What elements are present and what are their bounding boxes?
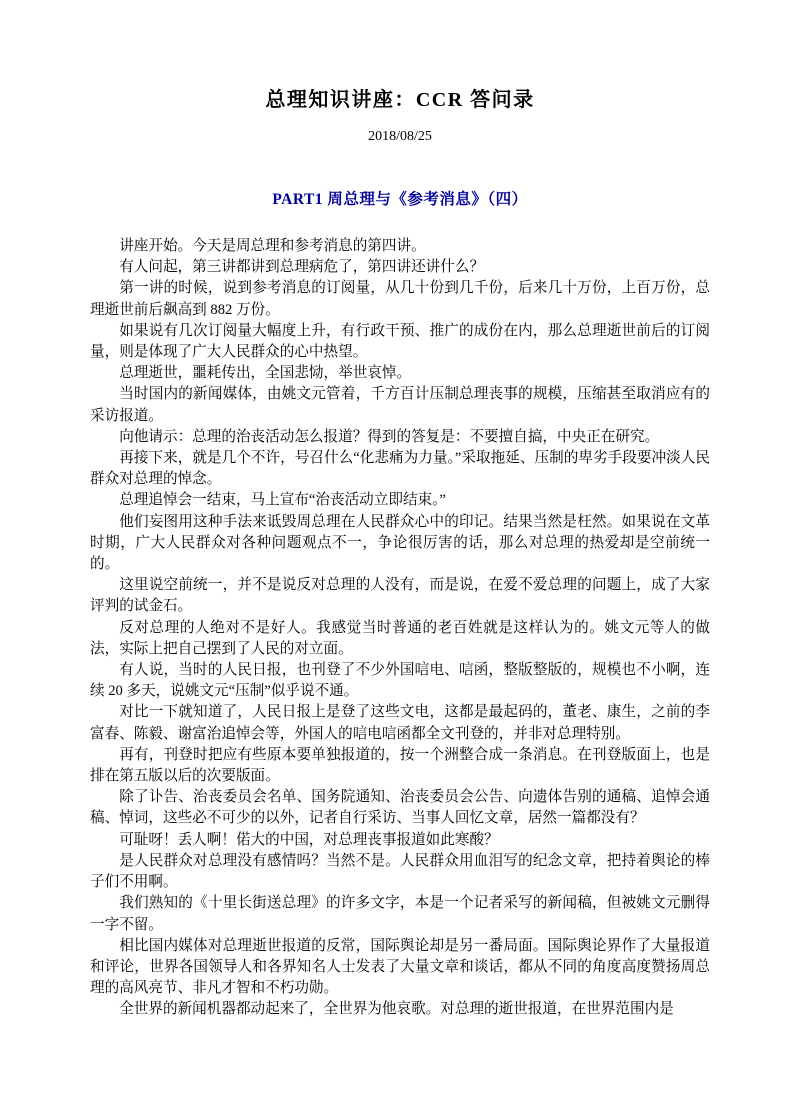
paragraph: 除了讣告、治丧委员会名单、国务院通知、治丧委员会公告、向遗体告别的通稿、追悼会通… [90, 787, 710, 829]
section-heading: PART1 周总理与《参考消息》（四） [90, 190, 710, 210]
paragraph: 如果说有几次订阅量大幅度上升，有行政干预、推广的成份在内，那么总理逝世前后的订阅… [90, 321, 710, 363]
document-title: 总理知识讲座：CCR 答问录 [90, 88, 710, 112]
paragraph: 有人问起，第三讲都讲到总理病危了，第四讲还讲什么？ [90, 257, 710, 278]
paragraph: 向他请示：总理的治丧活动怎么报道？得到的答复是：不要擅自搞，中央正在研究。 [90, 427, 710, 448]
document-date: 2018/08/25 [90, 128, 710, 146]
paragraph: 总理追悼会一结束，马上宣布“治丧活动立即结束。” [90, 490, 710, 511]
paragraph: 这里说空前统一，并不是说反对总理的人没有，而是说，在爱不爱总理的问题上，成了大家… [90, 575, 710, 617]
paragraph: 第一讲的时候，说到参考消息的订阅量，从几十份到几千份，后来几十万份，上百万份，总… [90, 278, 710, 320]
document-page: 总理知识讲座：CCR 答问录 2018/08/25 PART1 周总理与《参考消… [0, 0, 800, 1100]
paragraph: 再接下来，就是几个不许，号召什么“化悲痛为力量。”采取拖延、压制的卑劣手段要冲淡… [90, 448, 710, 490]
paragraph: 相比国内媒体对总理逝世报道的反常，国际舆论却是另一番局面。国际舆论界作了大量报道… [90, 936, 710, 1000]
paragraph: 他们妄图用这种手法来诋毁周总理在人民群众心中的印记。结果当然是枉然。如果说在文革… [90, 512, 710, 576]
paragraph: 有人说，当时的人民日报，也刊登了不少外国唁电、唁函，整版整版的，规模也不小啊，连… [90, 660, 710, 702]
paragraph: 是人民群众对总理没有感情吗？当然不是。人民群众用血泪写的纪念文章，把持着舆论的棒… [90, 851, 710, 893]
document-body: 讲座开始。今天是周总理和参考消息的第四讲。 有人问起，第三讲都讲到总理病危了，第… [90, 236, 710, 1021]
paragraph: 再有，刊登时把应有些原本要单独报道的，按一个洲整合成一条消息。在刊登版面上，也是… [90, 745, 710, 787]
paragraph: 反对总理的人绝对不是好人。我感觉当时普通的老百姓就是这样认为的。姚文元等人的做法… [90, 618, 710, 660]
paragraph: 对比一下就知道了，人民日报上是登了这些文电，这都是最起码的，董老、康生，之前的李… [90, 702, 710, 744]
paragraph: 当时国内的新闻媒体，由姚文元管着，千方百计压制总理丧事的规模，压缩甚至取消应有的… [90, 384, 710, 426]
paragraph: 全世界的新闻机器都动起来了，全世界为他哀歌。对总理的逝世报道，在世界范围内是 [90, 999, 710, 1020]
paragraph: 讲座开始。今天是周总理和参考消息的第四讲。 [90, 236, 710, 257]
paragraph: 总理逝世，噩耗传出，全国悲恸，举世哀悼。 [90, 363, 710, 384]
paragraph: 可耻呀！丢人啊！偌大的中国，对总理丧事报道如此寒酸？ [90, 830, 710, 851]
paragraph: 我们熟知的《十里长街送总理》的许多文字，本是一个记者采写的新闻稿，但被姚文元删得… [90, 893, 710, 935]
